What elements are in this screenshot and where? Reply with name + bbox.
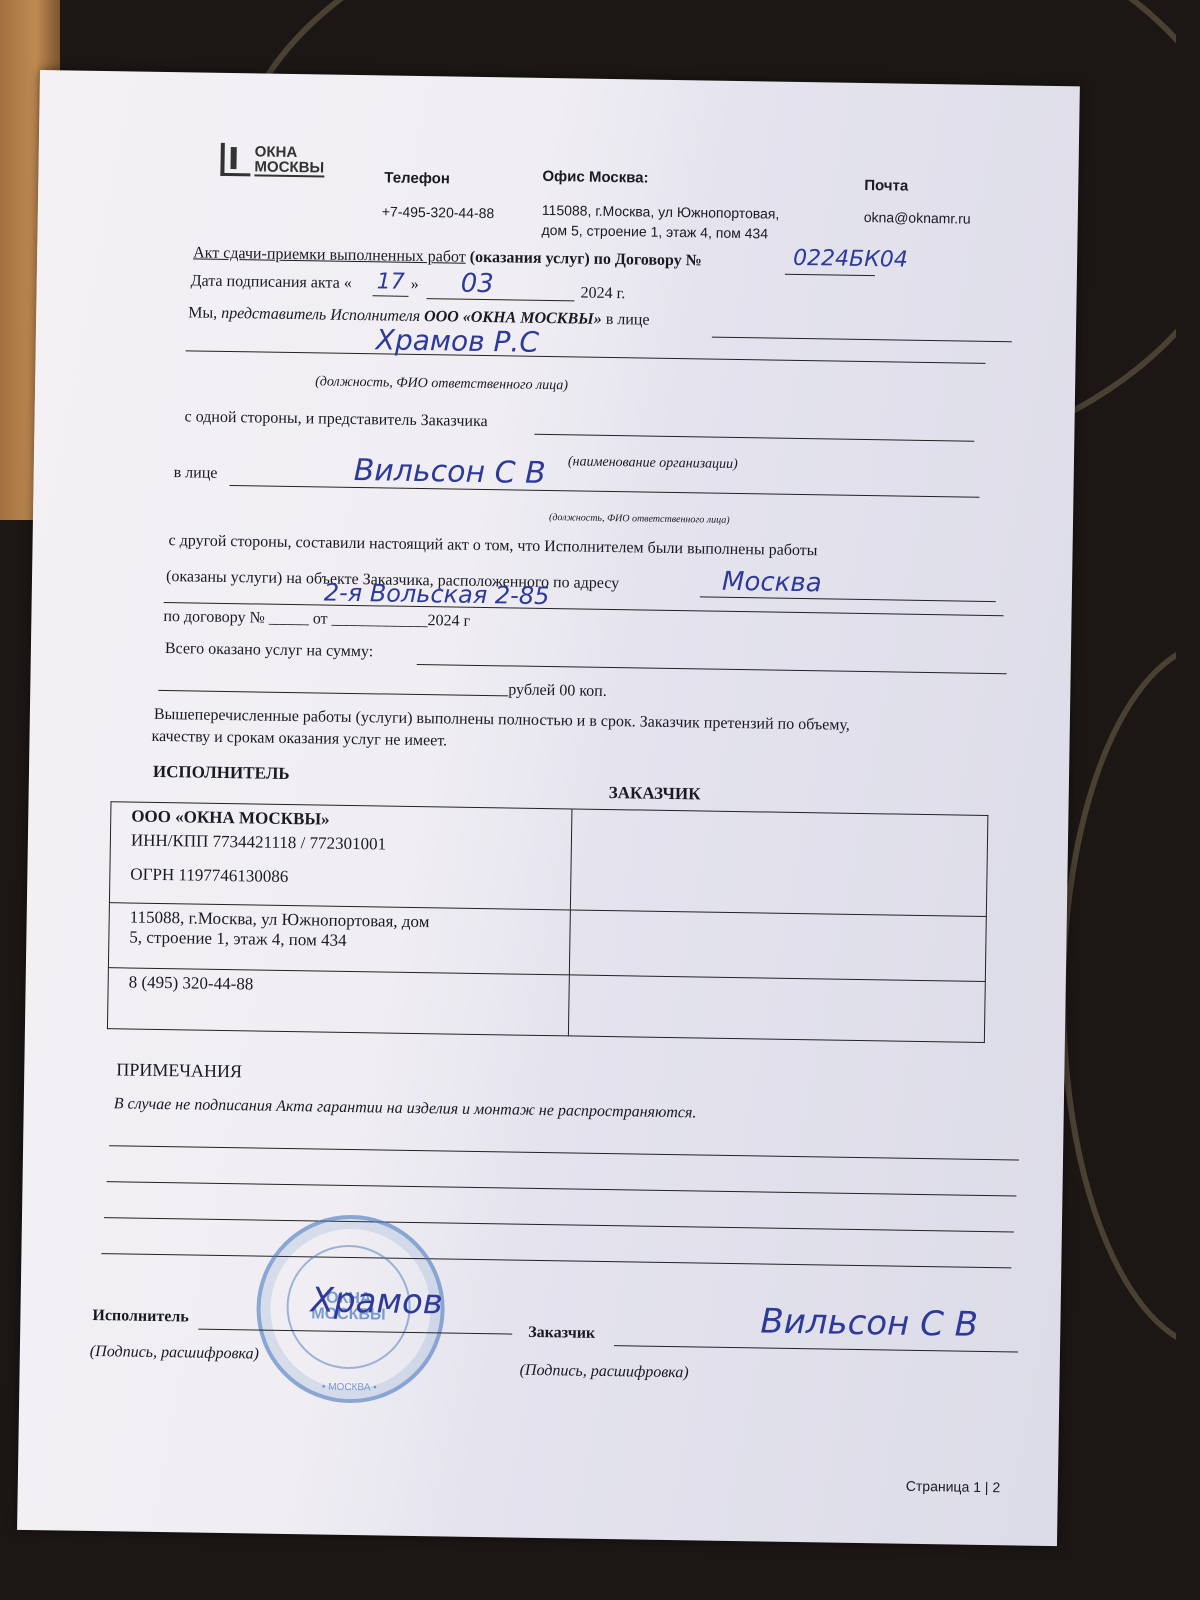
executor-signature-label: Исполнитель [92,1307,189,1327]
executor-address-cell: 115088, г.Москва, ул Южнопортовая, дом 5… [108,903,570,975]
page-number: Страница 1 | 2 [906,1478,1001,1495]
logo-line2: МОСКВЫ [254,159,324,175]
table-row: 8 (495) 320-44-88 [107,968,985,1043]
in-person-label: в лице [174,464,218,483]
notes-line [109,1145,1019,1160]
contract-reference-line: по договору № _____ от ____________2024 … [163,608,470,631]
customer-signature-caption: (Подпись, расшифровка) [519,1362,688,1383]
company-logo: ОКНА МОСКВЫ [220,143,324,178]
notes-line [107,1181,1017,1196]
office-address: 115088, г.Москва, ул Южнопортовая, дом 5… [541,200,779,244]
customer-signature-label: Заказчик [528,1324,595,1343]
phone-label: Телефон [384,169,450,187]
act-title: Акт сдачи-приемки выполненных работ (ока… [193,244,702,270]
parties-table: ООО «ОКНА МОСКВЫ» ИНН/КПП 7734421118 / 7… [107,801,988,1043]
notes-heading: ПРИМЕЧАНИЯ [116,1059,242,1082]
mail-label: Почта [864,177,908,195]
executor-name-handwritten: Храмов Р.С [376,323,540,359]
logo-mark-icon [220,143,251,176]
background-burner-ring [1060,640,1176,1352]
date-day-handwritten: 17 [377,269,405,294]
other-side-line1: с другой стороны, составили настоящий ак… [168,532,817,560]
table-row: ООО «ОКНА МОСКВЫ» ИНН/КПП 7734421118 / 7… [109,802,987,917]
customer-signature-handwritten: Вильсон С В [760,1301,978,1344]
caption-position-customer: (должность, ФИО ответственного лица) [549,512,730,526]
address-city-handwritten: Москва [722,567,822,599]
phone-value: +7-495-320-44-88 [382,201,495,223]
date-label: Дата подписания акта « [191,272,352,293]
address-street-handwritten: 2-я Вольская 2-85 [324,579,550,611]
contract-number-handwritten: 0224БК04 [793,246,908,273]
act-document-page: ОКНА МОСКВЫ Телефон +7-495-320-44-88 Офи… [17,70,1080,1546]
one-side-text: с одной стороны, и представитель Заказчи… [184,408,487,431]
mail-value: okna@oknamr.ru [864,207,971,229]
notes-text: В случае не подписания Акта гарантии на … [114,1095,697,1122]
caption-position: (должность, ФИО ответственного лица) [315,374,568,394]
contract-number-line [785,274,875,276]
date-year: 2024 г. [580,285,625,304]
customer-heading: ЗАКАЗЧИК [609,783,701,804]
customer-address-cell[interactable] [569,910,986,982]
executor-heading: ИСПОЛНИТЕЛЬ [153,762,290,784]
customer-signature-line[interactable] [614,1345,1018,1352]
caption-organization: (наименование организации) [568,454,738,473]
executor-signature-handwritten: Храмов [310,1280,443,1322]
rubles-label: рублей 00 коп. [508,681,607,701]
notes-line [104,1217,1014,1232]
executor-signature-caption: (Подпись, расшифровка) [90,1343,259,1364]
total-label: Всего оказано услуг на сумму: [165,640,374,661]
notes-line [101,1253,1011,1268]
executor-company-cell: ООО «ОКНА МОСКВЫ» ИНН/КПП 7734421118 / 7… [109,802,572,910]
date-month-handwritten: 03 [460,269,494,300]
executor-phone-cell: 8 (495) 320-44-88 [107,968,569,1036]
customer-company-cell[interactable] [570,809,988,917]
customer-phone-cell[interactable] [568,975,985,1043]
customer-name-handwritten: Вильсон С В [353,453,546,491]
statement-line2: качеству и срокам оказания услуг не имее… [151,728,447,751]
office-label: Офис Москва: [542,168,648,187]
